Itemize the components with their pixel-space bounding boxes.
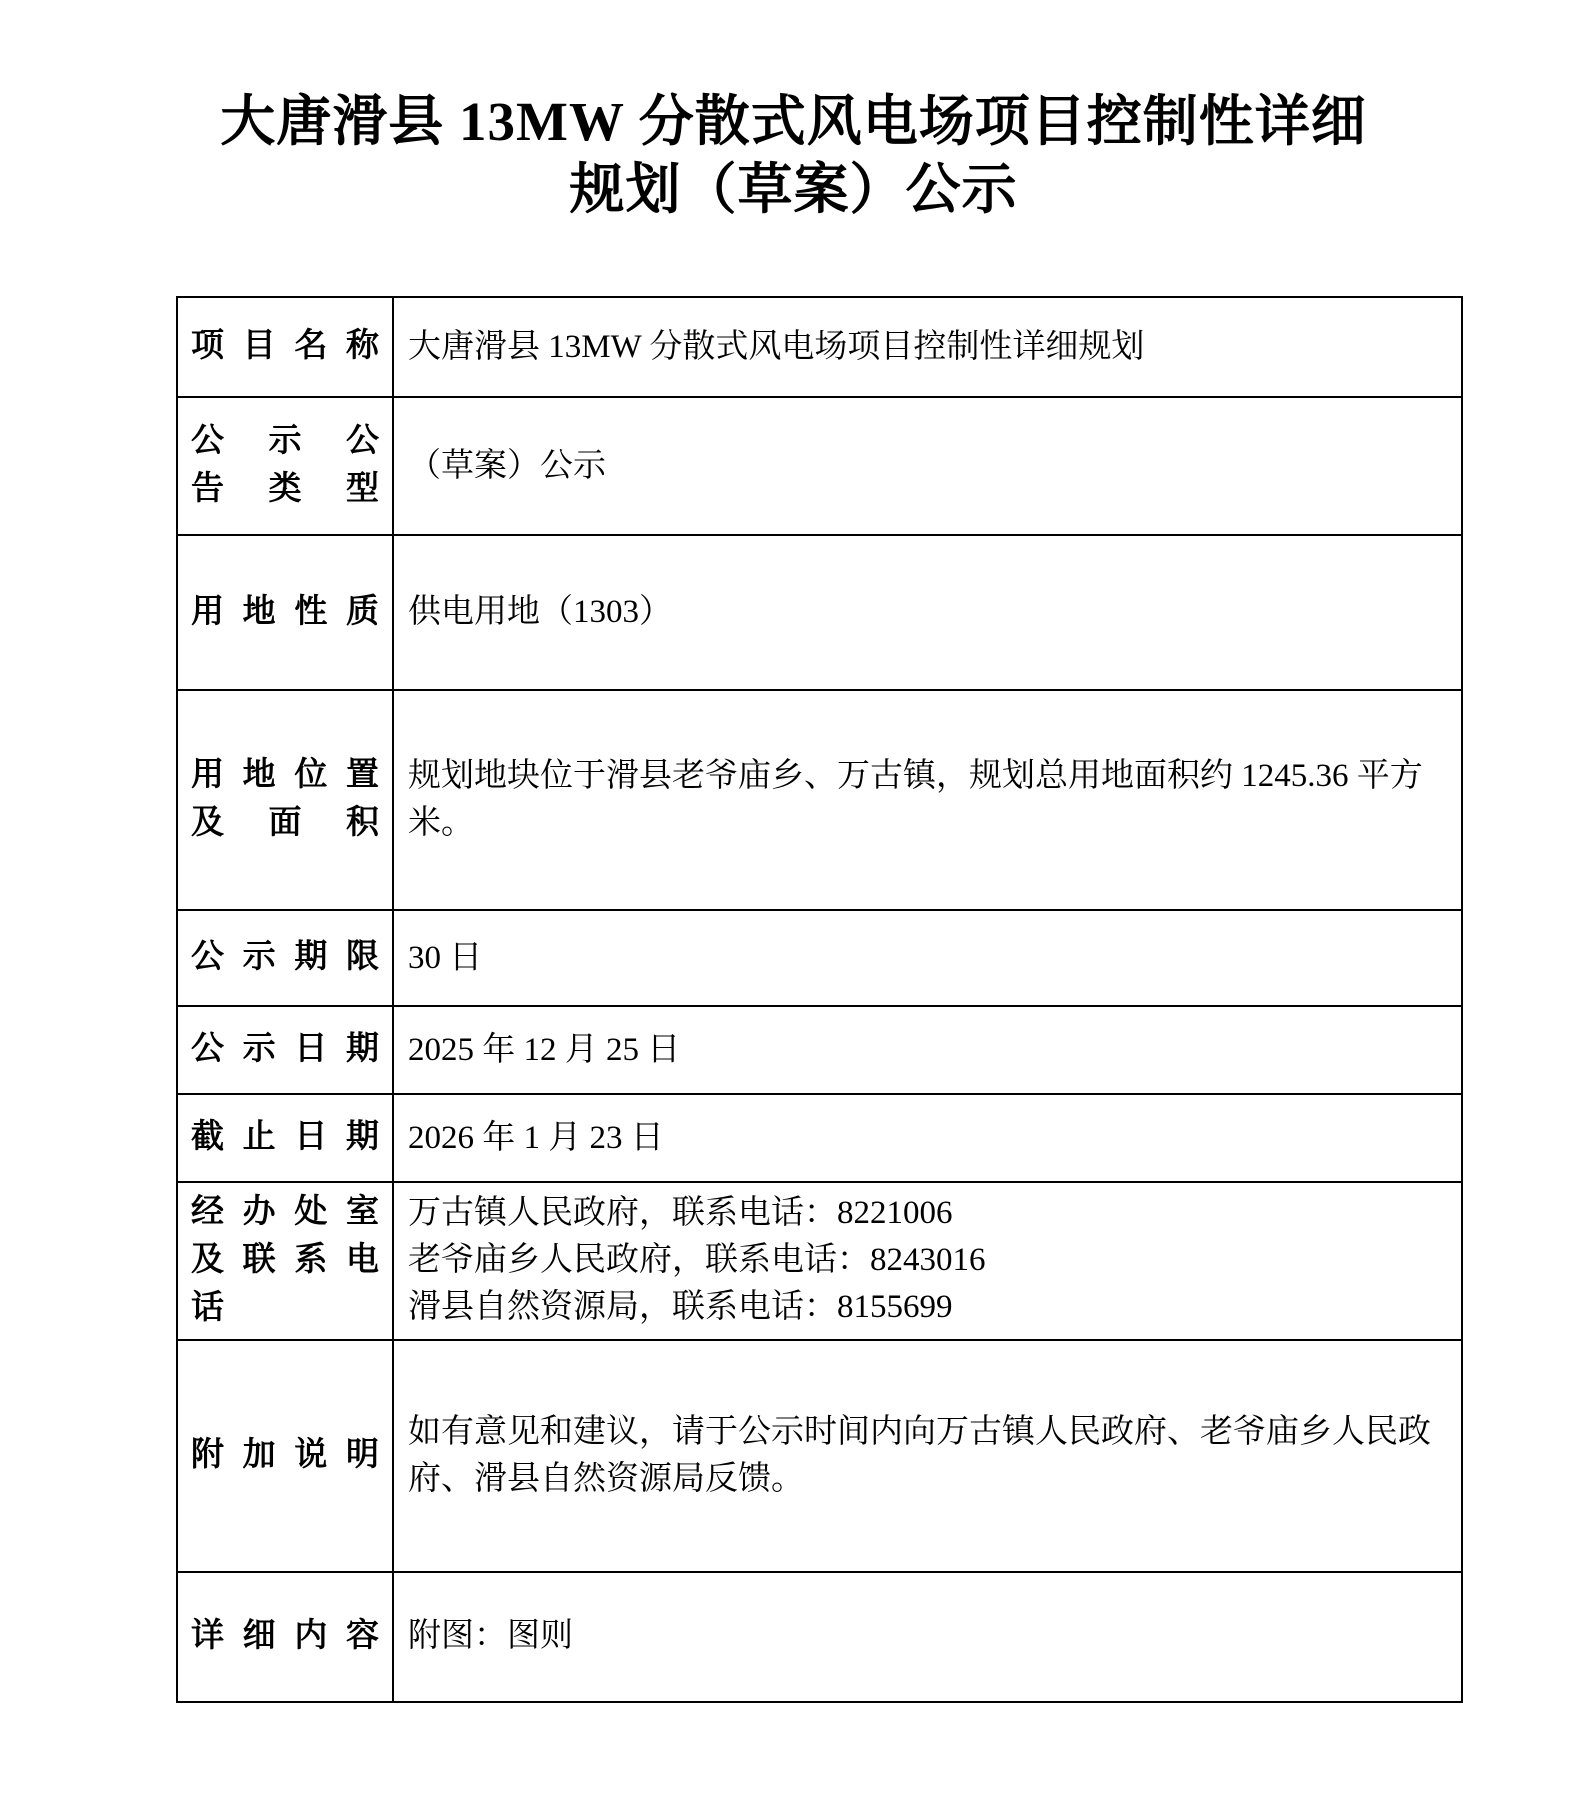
row-label: 公示公 告类型 [177, 397, 393, 535]
table-row-detail-content: 详细内容 附图：图则 [177, 1572, 1462, 1702]
row-label: 截止日期 [177, 1094, 393, 1182]
row-value: 附图：图则 [393, 1572, 1462, 1702]
row-value: 规划地块位于滑县老爷庙乡、万古镇，规划总用地面积约 1245.36 平方米。 [393, 690, 1462, 910]
table-row-notice-date: 公示日期 2025 年 12 月 25 日 [177, 1006, 1462, 1094]
row-label: 经办处室 及联系电 话 [177, 1182, 393, 1340]
row-label: 用地性质 [177, 535, 393, 690]
table-row-project-name: 项目名称 大唐滑县 13MW 分散式风电场项目控制性详细规划 [177, 297, 1462, 397]
row-label: 项目名称 [177, 297, 393, 397]
document-title-line1: 大唐滑县 13MW 分散式风电场项目控制性详细 [70, 88, 1517, 156]
row-value: 大唐滑县 13MW 分散式风电场项目控制性详细规划 [393, 297, 1462, 397]
row-value: 30 日 [393, 910, 1462, 1006]
table-row-location-area: 用地位置 及面积 规划地块位于滑县老爷庙乡、万古镇，规划总用地面积约 1245.… [177, 690, 1462, 910]
table-row-notice-type: 公示公 告类型 （草案）公示 [177, 397, 1462, 535]
row-label: 公示日期 [177, 1006, 393, 1094]
table-row-additional-notes: 附加说明 如有意见和建议，请于公示时间内向万古镇人民政府、老爷庙乡人民政府、滑县… [177, 1340, 1462, 1572]
document-title: 大唐滑县 13MW 分散式风电场项目控制性详细 规划（草案）公示 [70, 88, 1517, 224]
document-page: 大唐滑县 13MW 分散式风电场项目控制性详细 规划（草案）公示 项目名称 大唐… [0, 0, 1587, 1817]
table-row-deadline-date: 截止日期 2026 年 1 月 23 日 [177, 1094, 1462, 1182]
table-row-notice-period: 公示期限 30 日 [177, 910, 1462, 1006]
row-label: 附加说明 [177, 1340, 393, 1572]
row-value: 2025 年 12 月 25 日 [393, 1006, 1462, 1094]
row-label: 公示期限 [177, 910, 393, 1006]
table-row-contact-office: 经办处室 及联系电 话 万古镇人民政府，联系电话：8221006 老爷庙乡人民政… [177, 1182, 1462, 1340]
notice-table: 项目名称 大唐滑县 13MW 分散式风电场项目控制性详细规划 公示公 告类型 （… [176, 296, 1463, 1703]
row-label: 用地位置 及面积 [177, 690, 393, 910]
document-title-line2: 规划（草案）公示 [70, 156, 1517, 224]
row-value: 万古镇人民政府，联系电话：8221006 老爷庙乡人民政府，联系电话：82430… [393, 1182, 1462, 1340]
row-label: 详细内容 [177, 1572, 393, 1702]
row-value: 供电用地（1303） [393, 535, 1462, 690]
row-value: （草案）公示 [393, 397, 1462, 535]
row-value: 2026 年 1 月 23 日 [393, 1094, 1462, 1182]
row-value: 如有意见和建议，请于公示时间内向万古镇人民政府、老爷庙乡人民政府、滑县自然资源局… [393, 1340, 1462, 1572]
table-row-land-use-nature: 用地性质 供电用地（1303） [177, 535, 1462, 690]
